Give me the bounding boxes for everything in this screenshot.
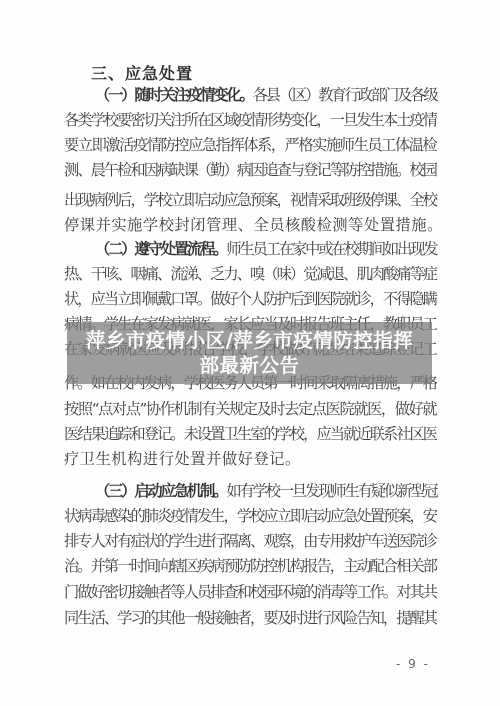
subsection-title: （二）遵守处置流程。	[95, 240, 226, 258]
line-text: 停课并实施学校封闭管理、全员核酸检测等处置措施。	[64, 216, 443, 234]
line-text: 各县（区）教育行政部门及各级	[253, 86, 437, 104]
line-text: 热、干咳、咽痛、流涕、乏力、嗅（味）觉减退、肌肉酸痛等症	[64, 265, 436, 283]
line-text: 按照“点对点”协作机制有关规定及时去定点医院就医，做好就	[64, 400, 436, 418]
page-number: - 9 -	[396, 657, 430, 671]
subsection-title: （一）随时关注疫情变化。	[95, 86, 253, 104]
document-line: 状，应当立即佩戴口罩。做好个人防护后到医院就诊，不得隐瞒	[64, 289, 436, 309]
document-line: 测、晨午检和因病缺课（勤）病因追查与登记等防控措施。校园	[64, 160, 436, 180]
document-line: （一）随时关注疫情变化。各县（区）教育行政部门及各级	[95, 85, 436, 105]
document-line: 要立即激活疫情防控应急指挥体系，严格实施师生员工体温检	[64, 135, 436, 155]
document-line: 热、干咳、咽痛、流涕、乏力、嗅（味）觉减退、肌肉酸痛等症	[64, 264, 436, 284]
document-line: 按照“点对点”协作机制有关规定及时去定点医院就医，做好就	[64, 399, 436, 419]
document-line: 状病毒感染的肺炎疫情发生，学校应立即启动应急处置预案，安	[64, 506, 436, 526]
document-line: 疗卫生机构进行处置并做好登记。	[64, 449, 436, 469]
line-text: 状病毒感染的肺炎疫情发生，学校应立即启动应急处置预案，安	[64, 507, 436, 525]
line-text: 测、晨午检和因病缺课（勤）病因追查与登记等防控措施。校园	[64, 161, 436, 179]
document-line: 门做好密切接触者等人员排查和校园环境的消毒等工作。对其共	[64, 582, 436, 602]
line-text: 门做好密切接触者等人员排查和校园环境的消毒等工作。对其共	[64, 583, 436, 601]
document-line: 同生活、学习的其他一般接触者，要及时进行风险告知，提醒其	[64, 608, 436, 628]
title-overlay-banner: 萍乡市疫情小区/萍乡市疫情防控指挥部最新公告	[67, 322, 432, 384]
section-heading: 三、应急处置	[91, 61, 193, 84]
line-text: 排专人对有症状的学生进行隔离、观察，由专用救护车送医院诊	[64, 532, 436, 550]
document-line: 排专人对有症状的学生进行隔离、观察，由专用救护车送医院诊	[64, 531, 436, 551]
document-line: 医结果追踪和登记。未设置卫生室的学校，应当就近联系社区医	[64, 424, 436, 444]
document-page: 三、应急处置 （一）随时关注疫情变化。各县（区）教育行政部门及各级各类学校要密切…	[0, 0, 500, 706]
line-text: 疗卫生机构进行处置并做好登记。	[64, 450, 301, 468]
line-text: 师生员工在家中或在校期间如出现发	[226, 240, 436, 258]
subsection-title: （三）启动应急机制。	[95, 482, 226, 500]
line-text: 同生活、学习的其他一般接触者，要及时进行风险告知，提醒其	[64, 609, 436, 627]
article-title: 萍乡市疫情小区/萍乡市疫情防控指挥部最新公告	[80, 328, 420, 378]
line-text: 如有学校一旦发现师生有疑似新型冠	[226, 482, 436, 500]
line-text: 医结果追踪和登记。未设置卫生室的学校，应当就近联系社区医	[64, 425, 436, 443]
document-line: 各类学校要密切关注所在区域疫情形势变化，一旦发生本土疫情	[64, 110, 436, 130]
line-text: 各类学校要密切关注所在区域疫情形势变化，一旦发生本土疫情	[64, 111, 436, 129]
line-text: 要立即激活疫情防控应急指挥体系，严格实施师生员工体温检	[64, 136, 436, 154]
line-text: 状，应当立即佩戴口罩。做好个人防护后到医院就诊，不得隐瞒	[64, 290, 436, 308]
document-line: （二）遵守处置流程。师生员工在家中或在校期间如出现发	[95, 239, 436, 259]
document-line: 停课并实施学校封闭管理、全员核酸检测等处置措施。	[64, 215, 436, 235]
document-line: 治。并第一时间向辖区疾病预防防控机构报告，主动配合相关部	[64, 556, 436, 576]
line-text: 出现病例后，学校立即启动应急预案，视情采取班级停课、全校	[64, 191, 436, 209]
document-line: （三）启动应急机制。如有学校一旦发现师生有疑似新型冠	[95, 481, 436, 501]
line-text: 治。并第一时间向辖区疾病预防防控机构报告，主动配合相关部	[64, 557, 436, 575]
document-line: 出现病例后，学校立即启动应急预案，视情采取班级停课、全校	[64, 190, 436, 210]
